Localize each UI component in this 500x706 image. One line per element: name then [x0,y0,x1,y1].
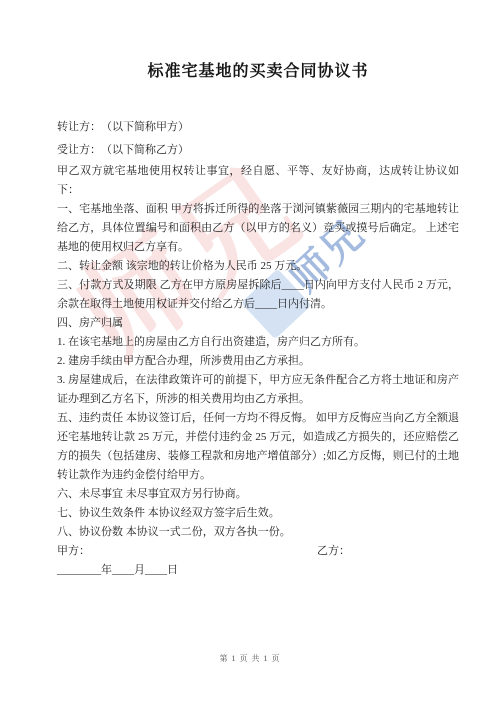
date-blank-line: ________年____月____日 [57,561,459,580]
party-b-line: 受让方： （以下简称乙方） [57,139,459,162]
clause-paragraph: 八、协议份数 本协议一式二份，双方各执一份。 [57,523,459,542]
party-b-signature-label: 乙方： [317,542,350,561]
parties-block: 转让方： （以下简称甲方） 受让方： （以下简称乙方） [57,116,459,162]
clause-paragraph: 3. 房屋建成后，在法律政策许可的前提下，甲方应无条件配合乙方将土地证和房产证办… [57,371,459,409]
clause-paragraph: 二、转让金额 该宗地的转让价格为人民币 25 万元。 [57,257,459,276]
clause-paragraph: 1. 在该宅基地上的房屋由乙方自行出资建造，房产归乙方所有。 [57,333,459,352]
clauses-block: 甲乙双方就宅基地使用权转让事宜，经自愿、平等、友好协商，达成转让协议如下： 一、… [57,162,459,580]
document-body: 标准宅基地的买卖合同协议书 转让方： （以下简称甲方） 受让方： （以下简称乙方… [57,0,459,580]
intro-paragraph: 甲乙双方就宅基地使用权转让事宜，经自愿、平等、友好协商，达成转让协议如下： [57,162,459,200]
clause-list: 一、宅基地坐落、面积 甲方将拆迁所得的坐落于浏河镇紫薇园三期内的宅基地转让给乙方… [57,200,459,542]
contract-page: 师兄 师兄 标准宅基地的买卖合同协议书 转让方： （以下简称甲方） 受让方： （… [0,0,500,706]
document-title: 标准宅基地的买卖合同协议书 [57,62,459,82]
clause-paragraph: 一、宅基地坐落、面积 甲方将拆迁所得的坐落于浏河镇紫薇园三期内的宅基地转让给乙方… [57,200,459,257]
clause-paragraph: 2. 建房手续由甲方配合办理，所涉费用由乙方承担。 [57,352,459,371]
party-a-signature-label: 甲方： [57,542,317,561]
clause-paragraph: 四、房产归属 [57,314,459,333]
clause-paragraph: 六、未尽事宜 未尽事宜双方另行协商。 [57,485,459,504]
signature-row: 甲方： 乙方： [57,542,459,561]
party-a-line: 转让方： （以下简称甲方） [57,116,459,139]
clause-paragraph: 五、违约责任 本协议签订后，任何一方均不得反悔。 如甲方反悔应当向乙方全额退还宅… [57,409,459,485]
clause-paragraph: 七、协议生效条件 本协议经双方签字后生效。 [57,504,459,523]
page-number-footer: 第 1 页 共 1 页 [0,653,500,664]
clause-paragraph: 三、付款方式及期限 乙方在甲方原房屋拆除后____日内向甲方支付人民币 2 万元… [57,276,459,314]
